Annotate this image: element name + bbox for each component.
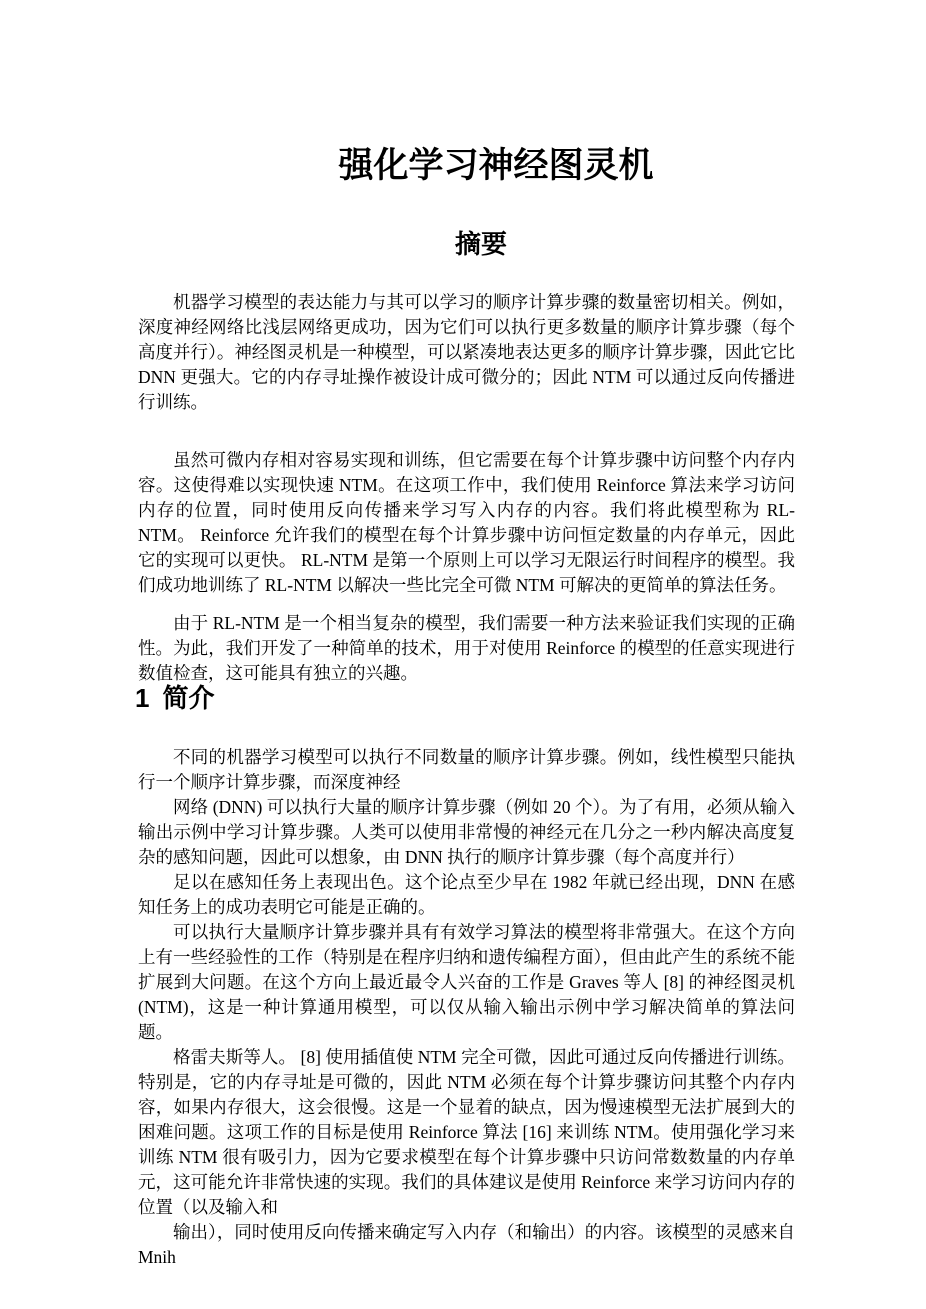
abstract-heading: 摘要 [153,228,809,260]
section-1-body: 不同的机器学习模型可以执行不同数量的顺序计算步骤。例如，线性模型只能执行一个顺序… [138,745,795,1270]
intro-paragraph-2: 网络 (DNN) 可以执行大量的顺序计算步骤（例如 20 个）。为了有用，必须从… [138,795,795,870]
section-1-title: 简介 [162,683,214,713]
intro-paragraph-4: 可以执行大量顺序计算步骤并具有有效学习算法的模型将非常强大。在这个方向上有一些经… [138,920,795,1045]
abstract-section: 机器学习模型的表达能力与其可以学习的顺序计算步骤的数量密切相关。例如，深度神经网… [138,290,795,686]
abstract-paragraph-1: 机器学习模型的表达能力与其可以学习的顺序计算步骤的数量密切相关。例如，深度神经网… [138,290,795,415]
intro-paragraph-5: 格雷夫斯等人。 [8] 使用插值使 NTM 完全可微，因此可通过反向传播进行训练… [138,1045,795,1220]
intro-paragraph-6: 输出），同时使用反向传播来确定写入内存（和输出）的内容。该模型的灵感来自 Mni… [138,1220,795,1270]
intro-paragraph-1: 不同的机器学习模型可以执行不同数量的顺序计算步骤。例如，线性模型只能执行一个顺序… [138,745,795,795]
intro-paragraph-3: 足以在感知任务上表现出色。这个论点至少早在 1982 年就已经出现，DNN 在感… [138,870,795,920]
document-page: 强化学习神经图灵机 摘要 机器学习模型的表达能力与其可以学习的顺序计算步骤的数量… [0,0,926,1309]
section-1-number: 1 [135,683,149,713]
abstract-paragraph-2: 虽然可微内存相对容易实现和训练，但它需要在每个计算步骤中访问整个内存内容。这使得… [138,448,795,598]
section-1-heading: 1简介 [135,682,214,714]
abstract-paragraph-3: 由于 RL-NTM 是一个相当复杂的模型，我们需要一种方法来验证我们实现的正确性… [138,611,795,686]
paper-title: 强化学习神经图灵机 [168,144,824,188]
